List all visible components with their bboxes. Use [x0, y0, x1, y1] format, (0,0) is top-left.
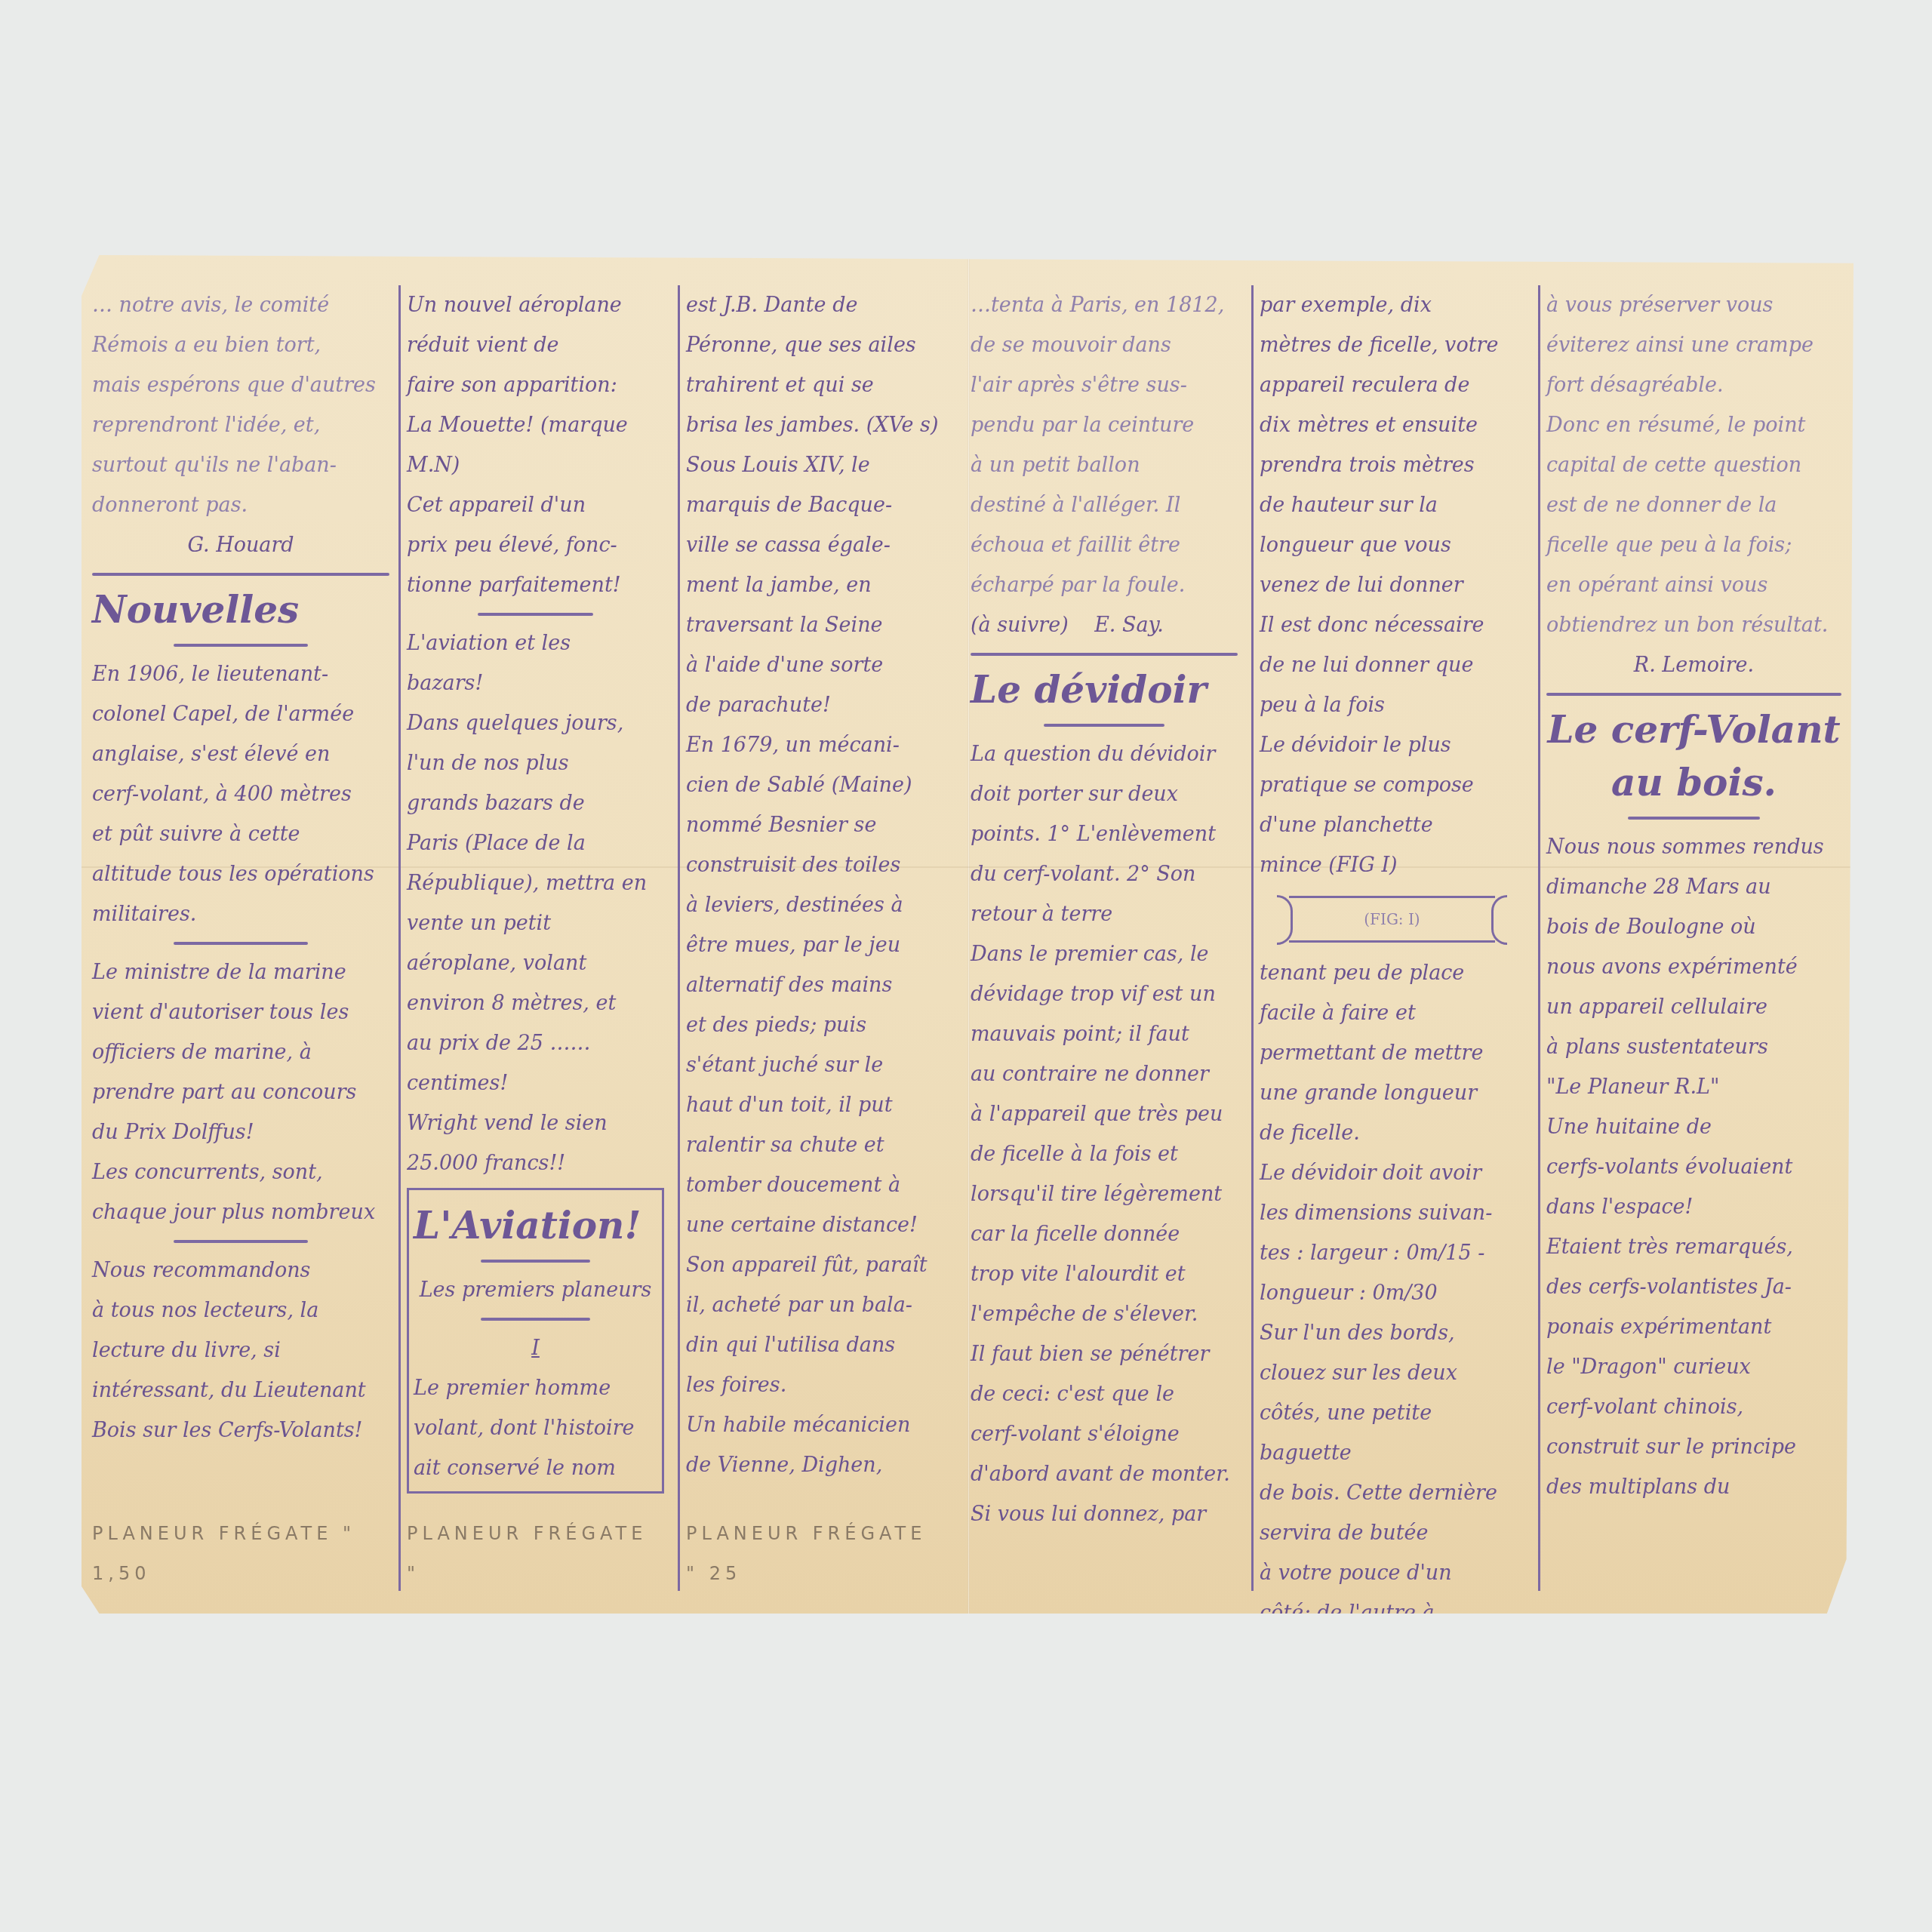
col6-signature: R. Lemoire. [1546, 645, 1841, 685]
news-item-recommendation: Nous recommandons à tous nos lecteurs, l… [92, 1251, 389, 1451]
part-numeral: I [414, 1328, 657, 1368]
aviation-intro-text: Le premier homme volant, dont l'histoire… [414, 1368, 657, 1488]
aviation-history-text-3: Un habile mécanicien de Vienne, Dighen, [686, 1405, 943, 1485]
column-5: par exemple, dix mètres de ficelle, votr… [1251, 285, 1531, 1591]
col1-continued-text: … notre avis, le comité Rémois a eu bien… [92, 285, 389, 525]
subheading-premiers-planeurs: Les premiers planeurs [414, 1270, 657, 1310]
column-1: … notre avis, le comité Rémois a eu bien… [86, 285, 395, 1591]
divider [478, 613, 593, 616]
column-2: Un nouvel aéroplane réduit vient de fair… [398, 285, 670, 1591]
news-item-marine: Le ministre de la marine vient d'autoris… [92, 952, 389, 1232]
column-3: est J.B. Dante de Péronne, que ses ailes… [678, 285, 949, 1591]
divider [1628, 817, 1761, 820]
divider [174, 644, 307, 647]
divider [1044, 724, 1164, 727]
column-4: …tenta à Paris, en 1812, de se mouvoir d… [964, 285, 1244, 1591]
divider [1546, 693, 1841, 696]
newsletter-page: … notre avis, le comité Rémois a eu bien… [82, 255, 1854, 1614]
divider [481, 1260, 590, 1263]
col2-footer-note: PLANEUR FRÉGATE " [407, 1514, 670, 1594]
news-item-mouette: Un nouvel aéroplane réduit vient de fair… [407, 285, 664, 605]
section-heading-aviation: L'Aviation! [414, 1199, 657, 1252]
news-item-capel: En 1906, le lieutenant- colonel Capel, d… [92, 654, 389, 934]
devidoir-text: La question du dévidoir doit porter sur … [971, 734, 1238, 1534]
col1-signature: G. Houard [92, 525, 389, 565]
column-6: à vous préserver vous éviterez ainsi une… [1538, 285, 1847, 1591]
aviation-history-text-1: est J.B. Dante de Péronne, que ses ailes… [686, 285, 943, 725]
divider [481, 1318, 590, 1321]
section-heading-devidoir: Le dévidoir [971, 663, 1238, 716]
cerf-volant-report-text: Nous nous sommes rendus dimanche 28 Mars… [1546, 827, 1841, 1507]
aviation-history-text-2: En 1679, un mécani- cien de Sablé (Maine… [686, 725, 943, 1405]
col4-signature-line: (à suivre) E. Say. [971, 605, 1238, 645]
divider [174, 1240, 307, 1243]
to-follow-note: (à suivre) [971, 614, 1069, 637]
aviation-box: L'Aviation! Les premiers planeurs I Le p… [407, 1188, 664, 1494]
divider [92, 573, 389, 576]
devidoir-dimensions-text: tenant peu de place facile à faire et pe… [1260, 953, 1524, 1633]
figure-1-planchette: (FIG: I) [1289, 896, 1496, 943]
figure-caption: (FIG: I) [1364, 910, 1420, 928]
news-item-bazars: L'aviation et les bazars! Dans quelques … [407, 623, 664, 1183]
col3-footer-note: PLANEUR FRÉGATE " 25 [686, 1514, 949, 1594]
section-heading-nouvelles: Nouvelles [92, 583, 389, 636]
divider [971, 653, 1238, 656]
divider [174, 942, 307, 945]
col4-continued-text: …tenta à Paris, en 1812, de se mouvoir d… [971, 285, 1238, 605]
section-heading-cerf-volant-au-bois: Le cerf-Volant au bois. [1546, 703, 1841, 809]
col4-signature: E. Say. [1094, 614, 1164, 637]
devidoir-continued-text: par exemple, dix mètres de ficelle, votr… [1260, 285, 1524, 885]
col6-continued-text: à vous préserver vous éviterez ainsi une… [1546, 285, 1841, 645]
col1-footer-note: PLANEUR FRÉGATE " 1,50 [92, 1514, 395, 1594]
